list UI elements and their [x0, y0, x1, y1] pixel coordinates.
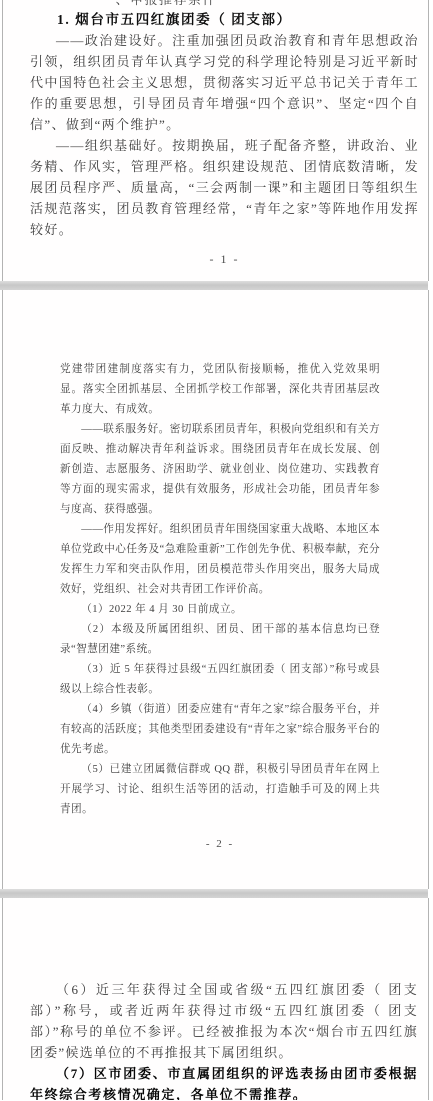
page-number: - 2 - [60, 834, 380, 854]
body-paragraph: ——政治建设好。注重加强团员政治教育和青年思想政治引领，组织团员青年认真学习党的… [30, 30, 419, 135]
document-page-3: （6）近三年获得过全国或省级“五四红旗团委（ 团支部）”称号，或者近两年获得过市… [2, 898, 429, 1100]
list-item-2: （2）本级及所属团组织、团员、团干部的基本信息均已登录“智慧团建”系统。 [60, 620, 380, 660]
list-item-6: （6）近三年获得过全国或省级“五四红旗团委（ 团支部）”称号，或者近两年获得过市… [30, 979, 418, 1063]
body-paragraph: ——联系服务好。密切联系团员青年，积极向党组织和有关方面反映、推动解决青年利益诉… [60, 420, 380, 520]
list-item-4: （4）乡镇（街道）团委应建有“青年之家”综合服务平台，并有较高的活跃度；其他类型… [60, 700, 380, 760]
clipped-section-title: 一、申报推荐条件 [101, 0, 217, 10]
list-item-1: （1）2022 年 4 月 30 日前成立。 [60, 600, 380, 620]
document-viewer: 一、申报推荐条件 1. 烟台市五四红旗团委（ 团支部） ——政治建设好。注重加强… [0, 0, 433, 1101]
body-paragraph: ——作用发挥好。组织团员青年围绕国家重大战略、本地区本单位党政中心任务及“急难险… [60, 520, 380, 600]
body-paragraph: ——组织基础好。按期换届，班子配备齐整，讲政治、业务精、作风实，管理严格。组织建… [30, 135, 419, 240]
list-item-5: （5）已建立团属微信群或 QQ 群，积极引导团员青年在网上开展学习、讨论、组织生… [60, 760, 380, 820]
document-page-1: 一、申报推荐条件 1. 烟台市五四红旗团委（ 团支部） ——政治建设好。注重加强… [2, 0, 429, 281]
entry-heading: 1. 烟台市五四红旗团委（ 团支部） [30, 9, 419, 30]
list-item-3: （3）近 5 年获得过县级“五四红旗团委（ 团支部）”称号或县级以上综合性表彰。 [60, 660, 380, 700]
page-gap [0, 889, 428, 898]
page-number: - 1 - [30, 249, 419, 270]
list-item-7-bold: （7）区市团委、市直属团组织的评选表扬由团市委根据年终综合考核情况确定，各单位不… [30, 1063, 418, 1100]
document-page-2: 党建带团建制度落实有力，党团队衔接顺畅，推优入党效果明显。落实全团抓基层、全团抓… [2, 290, 429, 889]
body-paragraph: 党建带团建制度落实有力，党团队衔接顺畅，推优入党效果明显。落实全团抓基层、全团抓… [60, 360, 380, 420]
page-gap [0, 281, 428, 290]
